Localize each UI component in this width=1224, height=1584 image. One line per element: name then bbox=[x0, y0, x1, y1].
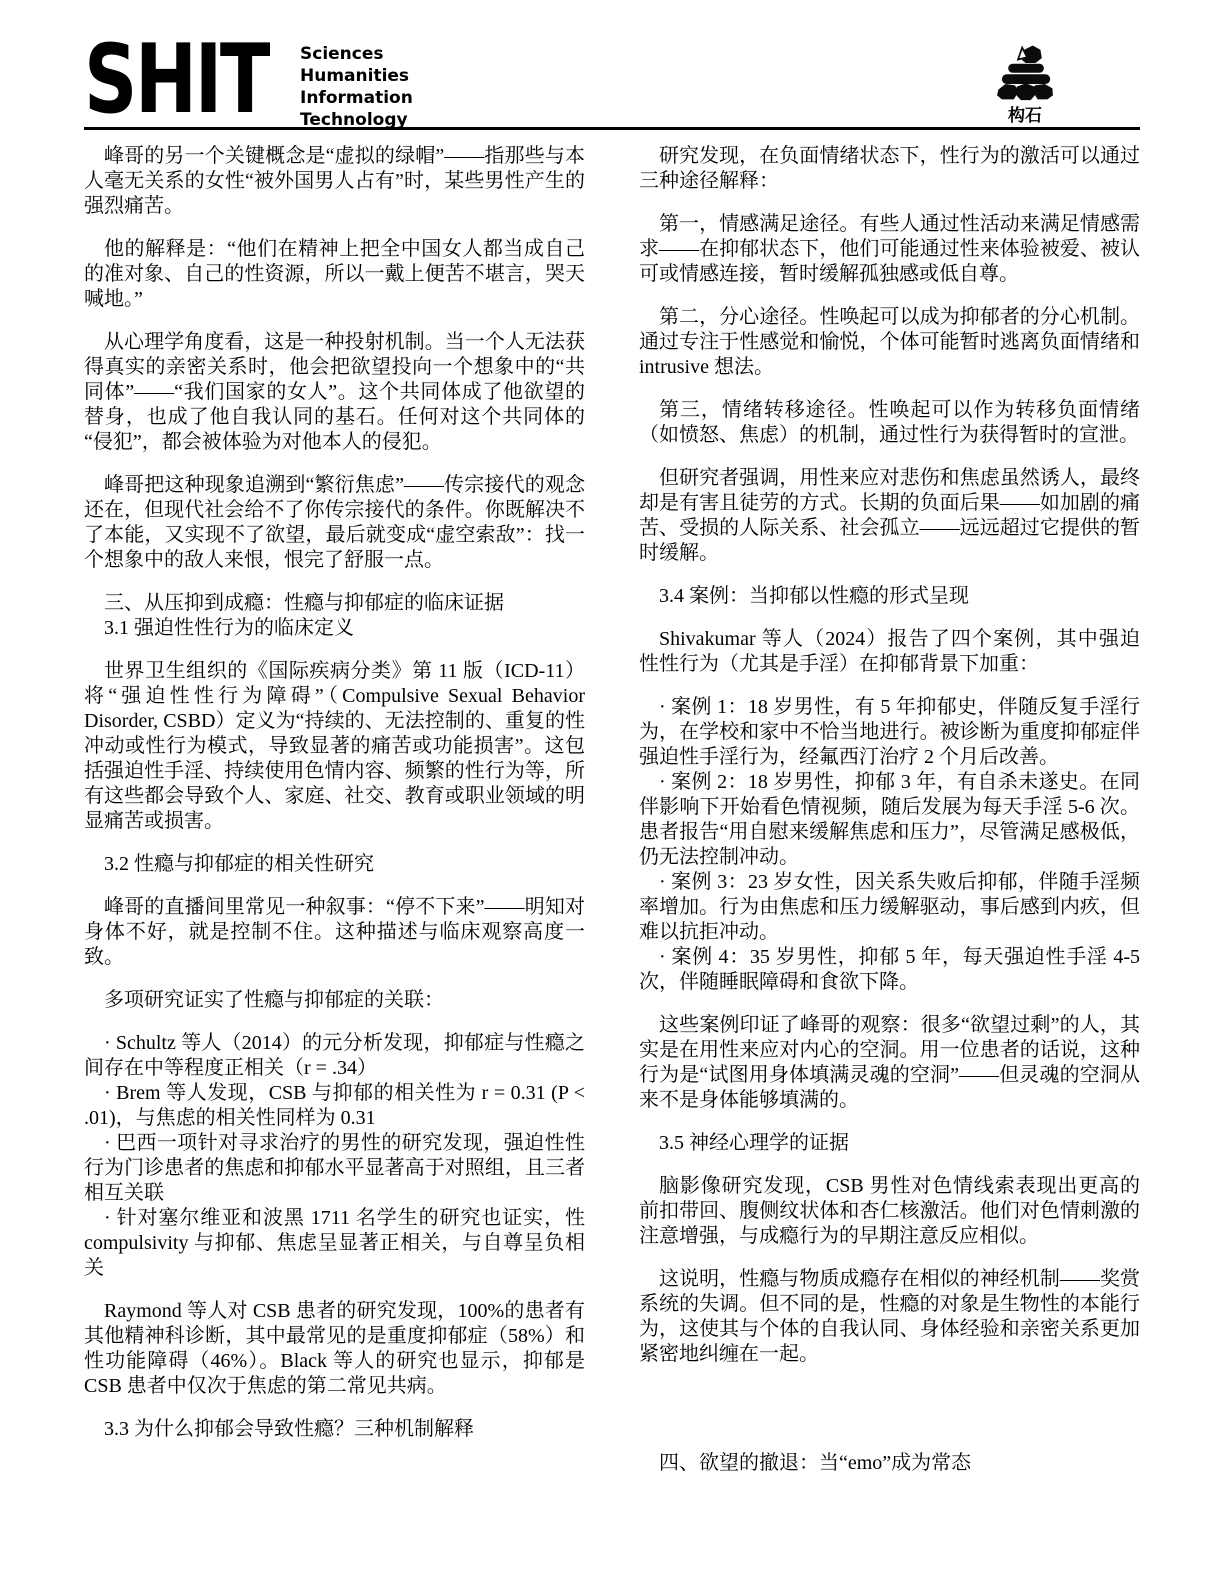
list-item: · Schultz 等人（2014）的元分析发现，抑郁症与性瘾之间存在中等程度正… bbox=[84, 1031, 585, 1081]
paragraph: 这些案例印证了峰哥的观察：很多“欲望过剩”的人，其实是在用性来应对内心的空洞。用… bbox=[639, 1013, 1140, 1113]
org-label: 构石 bbox=[982, 107, 1068, 125]
stone-pile-icon bbox=[990, 42, 1060, 112]
paragraph: 峰哥的直播间里常见一种叙事：“停不下来”——明知对身体不好，就是控制不住。这种描… bbox=[84, 895, 585, 970]
tagline-line: Technology bbox=[300, 109, 413, 131]
list-item: · 案例 1：18 岁男性，有 5 年抑郁史，伴随反复手淫行为，在学校和家中不恰… bbox=[639, 695, 1140, 770]
org-logo-block: 构石 bbox=[982, 42, 1068, 125]
right-column: 研究发现，在负面情绪状态下，性行为的激活可以通过三种途径解释：第一，情感满足途径… bbox=[639, 144, 1140, 1476]
section-heading: 四、欲望的撤退：当“emo”成为常态 bbox=[639, 1451, 1140, 1476]
section-heading: 3.3 为什么抑郁会导致性瘾？三种机制解释 bbox=[84, 1417, 585, 1442]
paragraph: 世界卫生组织的《国际疾病分类》第 11 版（ICD-11）将“强迫性性行为障碍”… bbox=[84, 659, 585, 834]
brand-tagline: Sciences Humanities Information Technolo… bbox=[300, 42, 413, 131]
paragraph: 但研究者强调，用性来应对悲伤和焦虑虽然诱人，最终却是有害且徒劳的方式。长期的负面… bbox=[639, 466, 1140, 566]
paragraph: 他的解释是：“他们在精神上把全中国女人都当成自己的准对象、自己的性资源，所以一戴… bbox=[84, 237, 585, 312]
paragraph: 从心理学角度看，这是一种投射机制。当一个人无法获得真实的亲密关系时，他会把欲望投… bbox=[84, 330, 585, 455]
brand-block: SHIT Sciences Humanities Information Tec… bbox=[84, 42, 413, 131]
paragraph: 第二，分心途径。性唤起可以成为抑郁者的分心机制。通过专注于性感觉和愉悦，个体可能… bbox=[639, 305, 1140, 380]
left-column: 峰哥的另一个关键概念是“虚拟的绿帽”——指那些与本人毫无关系的女性“被外国男人占… bbox=[84, 144, 585, 1476]
paragraph: Raymond 等人对 CSB 患者的研究发现，100%的患者有其他精神科诊断，… bbox=[84, 1299, 585, 1399]
paragraph: 这说明，性瘾与物质成瘾存在相似的神经机制——奖赏系统的失调。但不同的是，性瘾的对… bbox=[639, 1267, 1140, 1367]
paragraph: 研究发现，在负面情绪状态下，性行为的激活可以通过三种途径解释： bbox=[639, 144, 1140, 194]
section-heading: 3.2 性瘾与抑郁症的相关性研究 bbox=[84, 852, 585, 877]
article-body: 峰哥的另一个关键概念是“虚拟的绿帽”——指那些与本人毫无关系的女性“被外国男人占… bbox=[84, 144, 1140, 1476]
section-heading: 三、从压抑到成瘾：性瘾与抑郁症的临床证据 bbox=[84, 591, 585, 616]
paragraph: 峰哥的另一个关键概念是“虚拟的绿帽”——指那些与本人毫无关系的女性“被外国男人占… bbox=[84, 144, 585, 219]
shit-logo-wordmark: SHIT bbox=[84, 44, 252, 116]
list-item: · 案例 3：23 岁女性，因关系失败后抑郁，伴随手淫频率增加。行为由焦虑和压力… bbox=[639, 870, 1140, 945]
paragraph: 多项研究证实了性瘾与抑郁症的关联： bbox=[84, 988, 585, 1013]
paragraph: 第三，情绪转移途径。性唤起可以作为转移负面情绪（如愤怒、焦虑）的机制，通过性行为… bbox=[639, 398, 1140, 448]
tagline-line: Sciences bbox=[300, 43, 413, 65]
list-item: · 案例 2：18 岁男性，抑郁 3 年，有自杀未遂史。在同伴影响下开始看色情视… bbox=[639, 770, 1140, 870]
paragraph: 第一，情感满足途径。有些人通过性活动来满足情感需求——在抑郁状态下，他们可能通过… bbox=[639, 212, 1140, 287]
paragraph: 脑影像研究发现，CSB 男性对色情线索表现出更高的前扣带回、腹侧纹状体和杏仁核激… bbox=[639, 1174, 1140, 1249]
document-page: SHIT Sciences Humanities Information Tec… bbox=[0, 0, 1224, 1584]
list-item: · Brem 等人发现，CSB 与抑郁的相关性为 r = 0.31 (P < .… bbox=[84, 1081, 585, 1131]
list-item: · 巴西一项针对寻求治疗的男性的研究发现，强迫性性行为门诊患者的焦虑和抑郁水平显… bbox=[84, 1131, 585, 1206]
masthead: SHIT Sciences Humanities Information Tec… bbox=[84, 42, 1140, 124]
tagline-line: Humanities bbox=[300, 65, 413, 87]
section-heading: 3.4 案例：当抑郁以性瘾的形式呈现 bbox=[639, 584, 1140, 609]
list-item: · 案例 4：35 岁男性，抑郁 5 年，每天强迫性手淫 4-5 次，伴随睡眠障… bbox=[639, 945, 1140, 995]
tagline-line: Information bbox=[300, 87, 413, 109]
section-heading: 3.5 神经心理学的证据 bbox=[639, 1131, 1140, 1156]
list-item: · 针对塞尔维亚和波黑 1711 名学生的研究也证实，性 compulsivit… bbox=[84, 1206, 585, 1281]
section-heading: 3.1 强迫性性行为的临床定义 bbox=[84, 616, 585, 641]
paragraph: 峰哥把这种现象追溯到“繁衍焦虑”——传宗接代的观念还在，但现代社会给不了你传宗接… bbox=[84, 473, 585, 573]
paragraph: Shivakumar 等人（2024）报告了四个案例，其中强迫性性行为（尤其是手… bbox=[639, 627, 1140, 677]
